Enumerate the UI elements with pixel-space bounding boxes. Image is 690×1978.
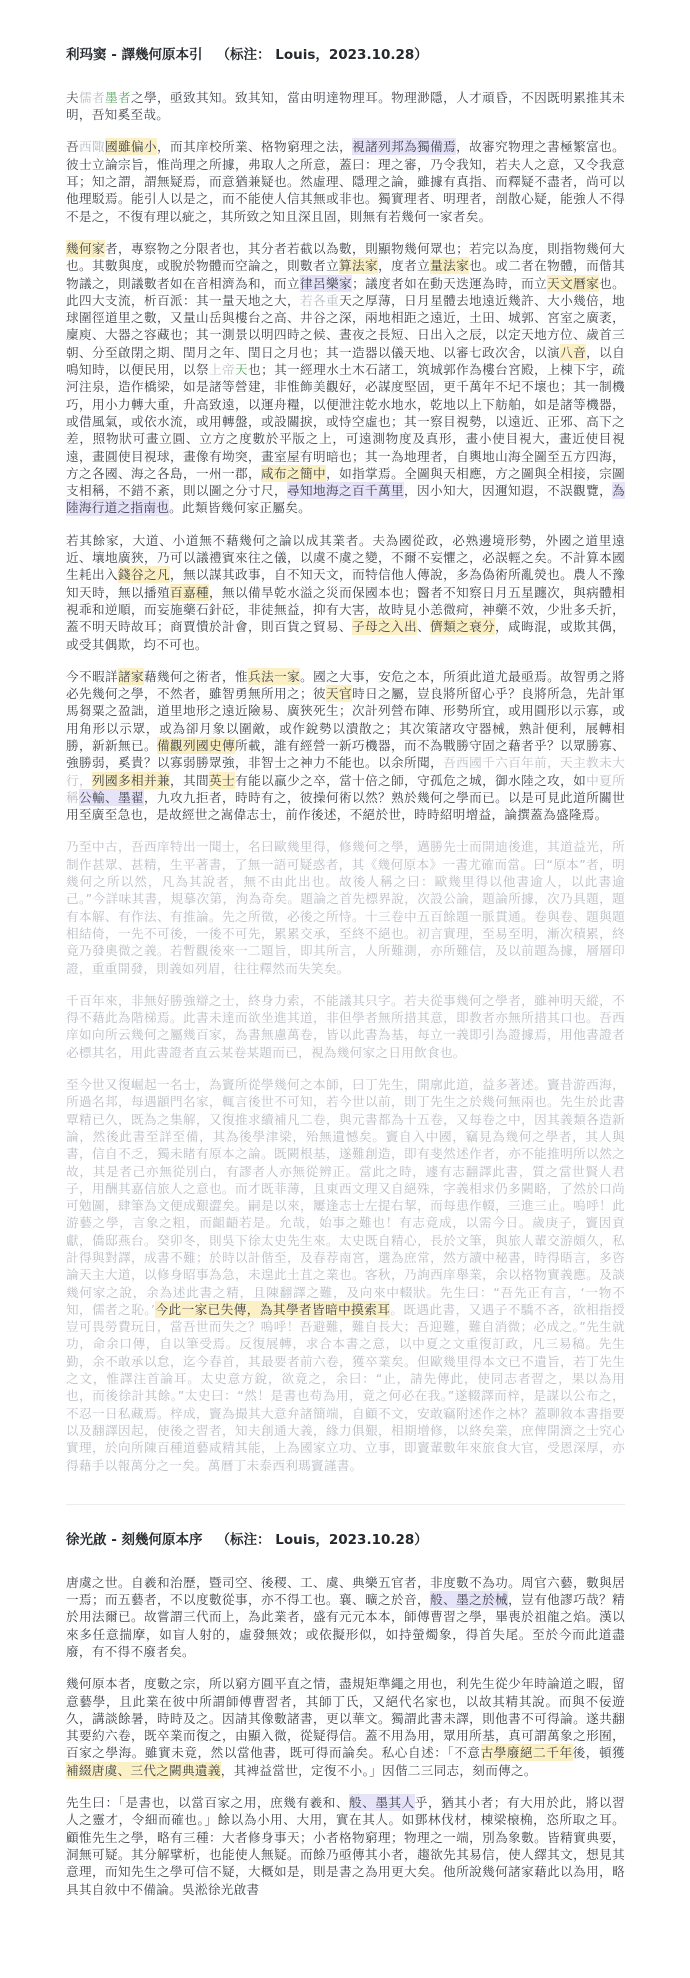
highlight-yellow: 古學廢絕二千年 <box>481 1744 573 1761</box>
highlight-purple: 般、墨之於械 <box>430 1591 508 1608</box>
paragraph: 先生曰：「是書也，以當百家之用，庶幾有羲和、般、墨其人乎，猶其小者；有大用於此，… <box>66 1794 625 1898</box>
text-run: 乃至中古，吾西庠特出一聞士，名曰歐幾里得，修幾何之學，邁勝先士而開迪後進，其道益… <box>66 839 625 975</box>
annotation-label: （标注： Louis，2023.10.28） <box>217 1532 428 1548</box>
highlight-yellow: 列國多相并兼 <box>92 772 170 789</box>
annotation-muted: 儒者 <box>79 90 105 105</box>
annotation-muted: 上帝 <box>209 362 235 377</box>
text-run: 之學，亟致其知。致其知，當由明達物理耳。物理渺隱，人才頑昏，不因既明累推其未明，… <box>66 90 625 122</box>
highlight-yellow: 咸布之簡中 <box>261 465 326 482</box>
highlight-purple: 公輸、墨翟 <box>79 789 144 806</box>
paragraph: 若其餘家，大道、小道無不藉幾何之論以成其業者。夫為國從政，必熟邊境形勢，外國之道… <box>66 532 625 653</box>
text-run: 藉幾何之術者，惟 <box>144 669 248 684</box>
text-run: 吾 <box>66 139 79 154</box>
highlight-yellow: 天文曆家 <box>547 275 599 292</box>
document-page: 利玛窦 - 譯幾何原本引（标注： Louis，2023.10.28）夫儒者墨者之… <box>0 0 690 1978</box>
documents-container: 利玛窦 - 譯幾何原本引（标注： Louis，2023.10.28）夫儒者墨者之… <box>66 46 625 1898</box>
highlight-yellow: 今此一家已失傳，為其學者皆暗中摸索耳 <box>155 1301 390 1318</box>
highlight-yellow: 天官 <box>326 685 352 702</box>
highlight-yellow: 英士 <box>209 772 235 789</box>
document-title: 徐光啟 - 刻幾何原本序（标注： Louis，2023.10.28） <box>66 1531 625 1550</box>
highlight-yellow: 諸家 <box>118 668 144 685</box>
text-run: 後，頓獲 <box>573 1745 625 1760</box>
highlight-yellow: 百嘉種 <box>170 584 209 601</box>
section-divider <box>66 1504 625 1505</box>
highlight-purple: 般、墨其人 <box>349 1794 415 1811</box>
text-run: ，九攻九拒者，時時有之，彼操何術以然？熟於幾何之學而已。以是可見此道所關世用至廣… <box>66 790 625 822</box>
document-title: 利玛窦 - 譯幾何原本引（标注： Louis，2023.10.28） <box>66 46 625 65</box>
text-run: ，而其庠校所業、格物窮理之法， <box>157 139 352 154</box>
text-run: 也；其一經理水土木石諸工，筑城郭作為樓台宮殿，上棟下宇，疏河注泉，造作橋梁，如是… <box>66 362 625 481</box>
highlight-yellow: 量法家 <box>430 257 469 274</box>
paragraph: 千百年來，非無好勝強辯之士，終身力索，不能議其只字。若夫從事幾何之學者，雖神明天… <box>66 992 625 1061</box>
document-section: 利玛窦 - 譯幾何原本引（标注： Louis，2023.10.28）夫儒者墨者之… <box>66 46 625 1474</box>
text-run: 、 <box>417 619 430 634</box>
document-title-text: 徐光啟 - 刻幾何原本序 <box>66 1532 203 1548</box>
highlight-yellow: 子母之入出 <box>352 618 417 635</box>
text-run: ，因小知大，因邇知遐，不誤觀覽， <box>404 483 612 498</box>
document-title-text: 利玛窦 - 譯幾何原本引 <box>66 47 203 63</box>
highlight-yellow: 八音 <box>560 344 586 361</box>
text-run: 乎，猶其小者；有大用於此，將以習人之靈才，令細而確也。」餘以為小用、大用，實在其… <box>66 1795 625 1896</box>
highlight-yellow: 儕類之衰分 <box>430 618 495 635</box>
annotation-insert: 墨者 <box>105 90 131 105</box>
text-run: ，其裨益當世，定復不小。」因偕二三同志，刻而傳之。 <box>221 1763 537 1778</box>
annotation-insert: 天 <box>235 362 248 377</box>
annotation-muted: 若各重 <box>300 293 339 308</box>
paragraph: 幾何原本者，度數之宗，所以窮方圓平直之情，盡規矩準繩之用也，利先生從少年時論道之… <box>66 1675 625 1779</box>
paragraph: 幾何家者，專察物之分限者也，其分者若截以為數，則顯物幾何眾也；若完以為度，則指物… <box>66 240 625 517</box>
text-run: ；議度者如在動天迭運為時，而立 <box>352 276 547 291</box>
highlight-purple: 尋知地海之百千萬里 <box>287 482 404 499</box>
text-run: 夫 <box>66 90 79 105</box>
text-run: 至今世又復崛起一名士，為竇所從學幾何之本師，曰丁先生，開廓此道，益多著述。竇昔游… <box>66 1077 625 1317</box>
highlight-yellow: 國雖偏小 <box>105 138 157 155</box>
text-run: 千百年來，非無好勝強辯之士，終身力索，不能議其只字。若夫從事幾何之學者，雖神明天… <box>66 993 625 1060</box>
text-run: 。此類皆幾何家正屬矣。 <box>169 500 311 515</box>
text-run: 有能以羸少之卒，當十倍之師，守孤危之城，御水陸之攻，如 <box>235 773 586 788</box>
highlight-purple: 視諸列邦為獨備焉 <box>352 138 456 155</box>
text-run: 今不暇詳 <box>66 669 118 684</box>
paragraph: 吾西陬國雖偏小，而其庠校所業、格物窮理之法，視諸列邦為獨備焉，故審究物理之書極繁… <box>66 138 625 224</box>
paragraph: 夫儒者墨者之學，亟致其知。致其知，當由明達物理耳。物理渺隱，人才頑昏，不因既明累… <box>66 89 625 124</box>
paragraph: 今不暇詳諸家藉幾何之術者，惟兵法一家。國之大事，安危之本，所須此道尤最亟焉。故智… <box>66 668 625 824</box>
highlight-yellow: 兵法一家 <box>248 668 300 685</box>
highlight-purple: 律呂樂家 <box>300 275 352 292</box>
highlight-yellow: 算法家 <box>339 257 378 274</box>
highlight-yellow: 幾何家 <box>66 240 105 257</box>
annotation-label: （标注： Louis，2023.10.28） <box>217 47 428 63</box>
text-run: ，度者立 <box>378 258 430 273</box>
text-run: 先生曰：「是書也，以當百家之用，庶幾有羲和、 <box>66 1795 349 1810</box>
text-run: 。既遇此書，又遇子不驕不吝，欲相指授豈可畏勞費玩日，當吾世而失之？嗚呼！吾避難，… <box>66 1302 625 1473</box>
paragraph: 唐虞之世。自羲和治歷，暨司空、後稷、工、虞、典樂五官者，非度數不為功。周官六藝，… <box>66 1574 625 1660</box>
paragraph: 至今世又復崛起一名士，為竇所從學幾何之本師，曰丁先生，開廓此道，益多著述。竇昔游… <box>66 1076 625 1474</box>
document-section: 徐光啟 - 刻幾何原本序（标注： Louis，2023.10.28）唐虞之世。自… <box>66 1531 625 1898</box>
highlight-yellow: 補綴唐虞、三代之闕典遺義 <box>66 1762 221 1779</box>
paragraph: 乃至中古，吾西庠特出一聞士，名曰歐幾里得，修幾何之學，邁勝先士而開迪後進，其道益… <box>66 838 625 976</box>
highlight-yellow: 錢谷之凡 <box>118 566 170 583</box>
text-run: ，其間 <box>170 773 209 788</box>
annotation-muted: 西陬 <box>79 139 105 154</box>
highlight-yellow: 備觀列國史傳 <box>157 737 235 754</box>
